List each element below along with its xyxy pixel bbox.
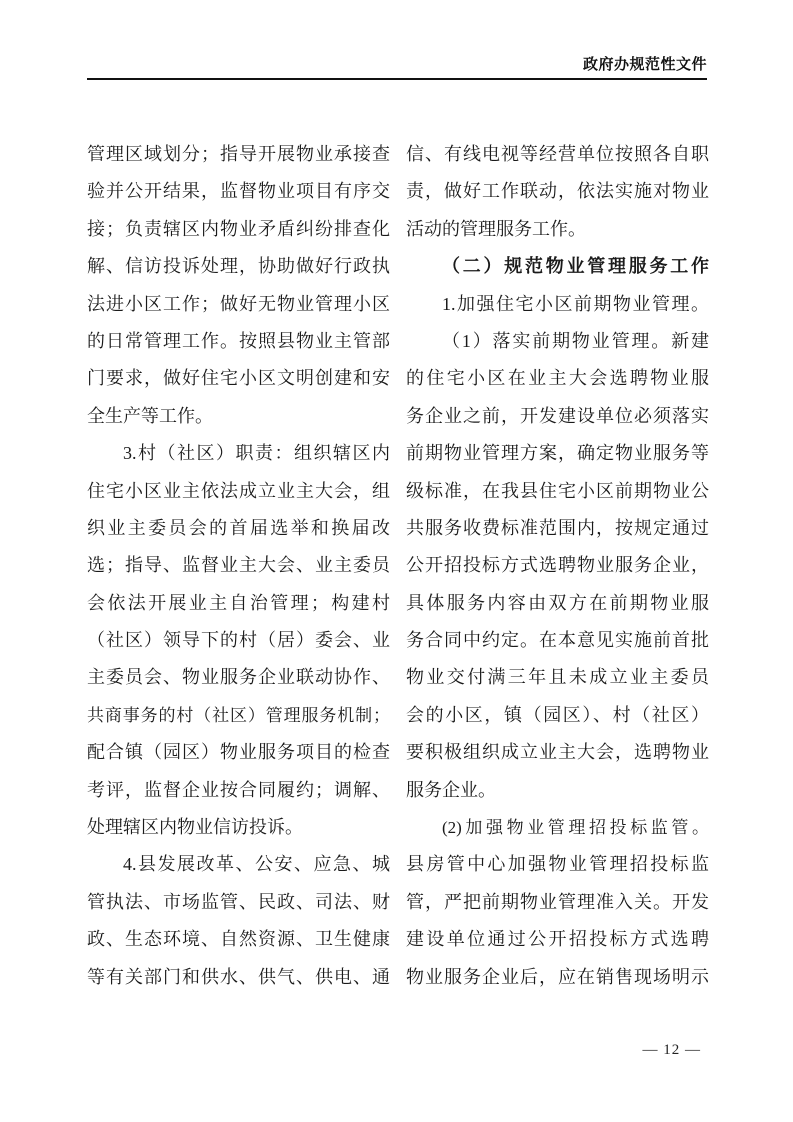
text-line: 4.县发展改革、公安、应急、城: [87, 846, 390, 883]
text-line: 法进小区工作；做好无物业管理小区: [87, 286, 390, 323]
text-line: 物业交付满三年且未成立业主委员: [406, 659, 709, 696]
paragraph: 管理区域划分；指导开展物业承接查验并公开结果，监督物业项目有序交接；负责辖区内物…: [87, 136, 390, 435]
document-body: 管理区域划分；指导开展物业承接查验并公开结果，监督物业项目有序交接；负责辖区内物…: [87, 136, 709, 996]
text-line: 具体服务内容由双方在前期物业服: [406, 585, 709, 622]
right-column: 信、有线电视等经营单位按照各自职责，做好工作联动，依法实施对物业活动的管理服务工…: [406, 136, 709, 996]
paragraph: （1）落实前期物业管理。新建的住宅小区在业主大会选聘物业服务企业之前，开发建设单…: [406, 323, 709, 809]
paragraph: 3.村（社区）职责：组织辖区内住宅小区业主依法成立业主大会，组织业主委员会的首届…: [87, 435, 390, 846]
text-line: 信、有线电视等经营单位按照各自职: [406, 136, 709, 173]
text-line: 织业主委员会的首届选举和换届改: [87, 510, 390, 547]
text-line: 前期物业管理方案，确定物业服务等: [406, 435, 709, 472]
text-line: 要积极组织成立业主大会，选聘物业: [406, 734, 709, 771]
text-line: 共商事务的村（社区）管理服务机制；: [87, 697, 390, 734]
text-line: 公开招投标方式选聘物业服务企业，: [406, 547, 709, 584]
text-line: 务企业之前，开发建设单位必须落实: [406, 398, 709, 435]
text-line: 主委员会、物业服务企业联动协作、: [87, 659, 390, 696]
text-line: 管理区域划分；指导开展物业承接查: [87, 136, 390, 173]
text-line: 建设单位通过公开招投标方式选聘: [406, 921, 709, 958]
page-number: — 12 —: [87, 1042, 701, 1059]
text-line: （社区）领导下的村（居）委会、业: [87, 622, 390, 659]
paragraph: 信、有线电视等经营单位按照各自职责，做好工作联动，依法实施对物业活动的管理服务工…: [406, 136, 709, 248]
text-line: 政、生态环境、自然资源、卫生健康: [87, 921, 390, 958]
text-line: 务合同中约定。在本意见实施前首批: [406, 622, 709, 659]
text-line: 县房管中心加强物业管理招投标监: [406, 846, 709, 883]
text-line: 管，严把前期物业管理准入关。开发: [406, 884, 709, 921]
text-line: 等有关部门和供水、供气、供电、通: [87, 959, 390, 996]
document-page: { "header": { "doc_type_label": "政府办规范性文…: [0, 0, 793, 1122]
text-line: 的住宅小区在业主大会选聘物业服: [406, 360, 709, 397]
paragraph: 4.县发展改革、公安、应急、城管执法、市场监管、民政、司法、财政、生态环境、自然…: [87, 846, 390, 996]
text-line: 管执法、市场监管、民政、司法、财: [87, 884, 390, 921]
section-heading-line: （二）规范物业管理服务工作: [406, 248, 709, 285]
text-line: （1）落实前期物业管理。新建: [406, 323, 709, 360]
text-line: 住宅小区业主依法成立业主大会，组: [87, 473, 390, 510]
paragraph: （二）规范物业管理服务工作: [406, 248, 709, 285]
text-line: 3.村（社区）职责：组织辖区内: [87, 435, 390, 472]
left-column: 管理区域划分；指导开展物业承接查验并公开结果，监督物业项目有序交接；负责辖区内物…: [87, 136, 390, 996]
text-line: 配合镇（园区）物业服务项目的检查: [87, 734, 390, 771]
text-line: (2)加强物业管理招投标监管。: [406, 809, 709, 846]
text-line: 服务企业。: [406, 772, 709, 809]
text-line: 会的小区，镇（园区）、村（社区）: [406, 697, 709, 734]
text-line: 级标准，在我县住宅小区前期物业公: [406, 473, 709, 510]
text-line: 责，做好工作联动，依法实施对物业: [406, 173, 709, 210]
text-line: 活动的管理服务工作。: [406, 211, 709, 248]
text-line: 接；负责辖区内物业矛盾纠纷排查化: [87, 211, 390, 248]
text-line: 物业服务企业后，应在销售现场明示: [406, 959, 709, 996]
paragraph: (2)加强物业管理招投标监管。县房管中心加强物业管理招投标监管，严把前期物业管理…: [406, 809, 709, 996]
text-line: 考评，监督企业按合同履约；调解、: [87, 772, 390, 809]
page-header-label: 政府办规范性文件: [87, 53, 707, 74]
paragraph: 1.加强住宅小区前期物业管理。: [406, 286, 709, 323]
text-line: 验并公开结果，监督物业项目有序交: [87, 173, 390, 210]
text-line: 全生产等工作。: [87, 398, 390, 435]
text-line: 的日常管理工作。按照县物业主管部: [87, 323, 390, 360]
text-line: 处理辖区内物业信访投诉。: [87, 809, 390, 846]
text-line: 会依法开展业主自治管理；构建村: [87, 585, 390, 622]
text-line: 1.加强住宅小区前期物业管理。: [406, 286, 709, 323]
header-divider-rule: [87, 78, 707, 80]
text-line: 解、信访投诉处理，协助做好行政执: [87, 248, 390, 285]
text-line: 共服务收费标准范围内，按规定通过: [406, 510, 709, 547]
text-line: 门要求，做好住宅小区文明创建和安: [87, 360, 390, 397]
text-line: 选；指导、监督业主大会、业主委员: [87, 547, 390, 584]
